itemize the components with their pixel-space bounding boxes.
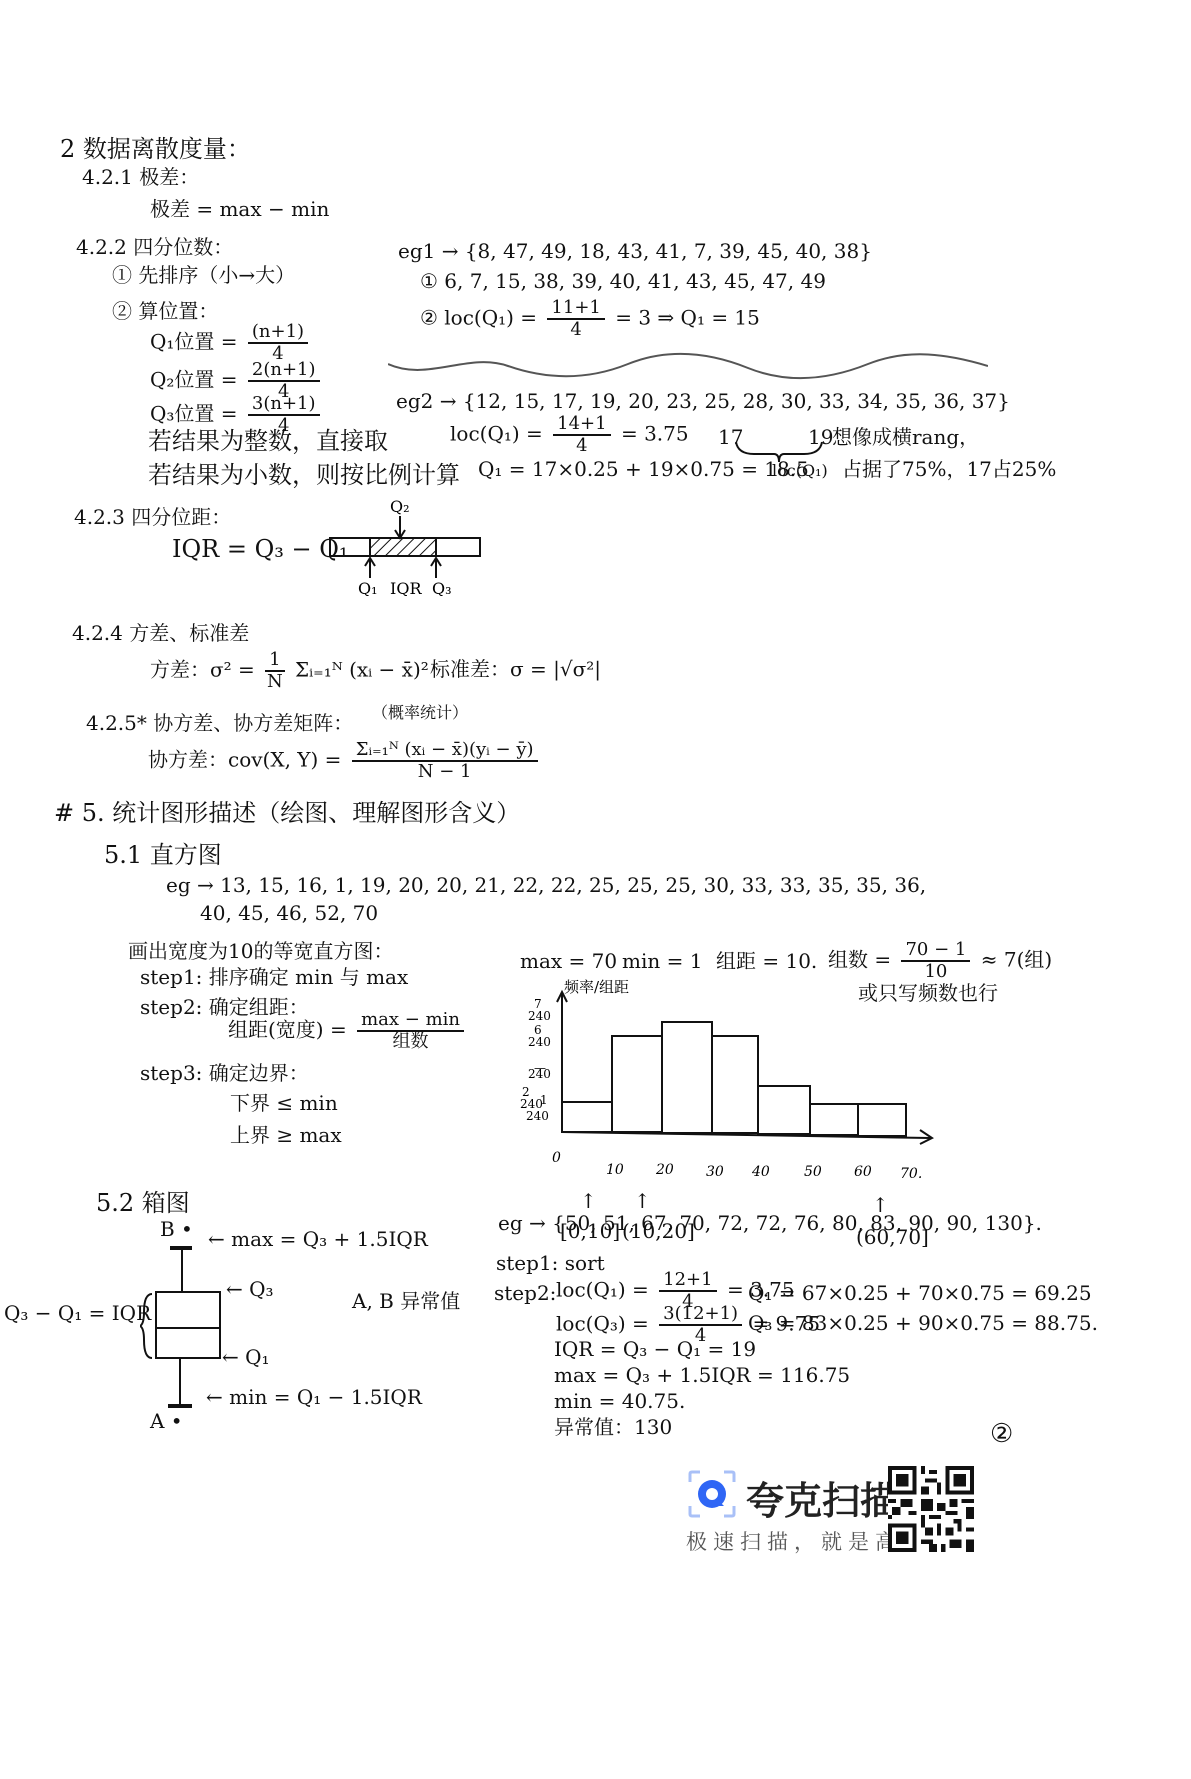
box-q1-label: ← Q₁ <box>222 1346 270 1369</box>
quark-logo-icon <box>686 1468 738 1520</box>
s421-formula: 极差 = max − min <box>150 198 329 221</box>
s422-step2: ② 算位置： <box>112 300 218 323</box>
numerator: 3(12+1) <box>659 1304 742 1326</box>
eg2-note1: 想像成横rang， <box>832 426 979 449</box>
eg2-loc-fraction: 14+14 <box>553 414 610 456</box>
s51-task: 画出宽度为10的等宽直方图： <box>128 940 393 963</box>
svg-text:40: 40 <box>751 1164 770 1180</box>
s51-lower-bound: 下界 ≤ min <box>230 1092 338 1115</box>
svg-text:10: 10 <box>606 1162 624 1178</box>
page-heading: 2 数据离散度量： <box>60 136 251 164</box>
denominator: N − 1 <box>418 762 472 782</box>
box-max-label: ← max = Q₃ + 1.5IQR <box>208 1228 428 1251</box>
s425-note: （概率统计） <box>372 704 468 722</box>
svg-text:30: 30 <box>706 1164 724 1180</box>
s51-step1: step1: 排序确定 min 与 max <box>140 966 408 989</box>
box-iqr-label: Q₃ − Q₁ = IQR <box>4 1302 151 1325</box>
s51-eg-line2: 40, 45, 46, 52, 70 <box>200 902 378 925</box>
min-calc: min = 40.75. <box>554 1390 685 1413</box>
box-outlier-note: A, B 异常值 <box>352 1290 460 1313</box>
svg-text:240: 240 <box>528 1067 551 1081</box>
box-outlier-b: B • <box>160 1218 193 1241</box>
q2-label: Q₂ <box>390 497 410 516</box>
s424-title: 4.2.4 方差、标准差 <box>72 622 249 645</box>
s51-eg-line1: eg → 13, 15, 16, 1, 19, 20, 20, 21, 22, … <box>166 874 926 897</box>
svg-text:240: 240 <box>526 1109 549 1123</box>
group-count-label: 组数 = <box>828 947 891 971</box>
denominator: 4 <box>570 320 581 340</box>
qr-code-icon <box>888 1466 974 1552</box>
outlier-calc: 异常值：130 <box>554 1416 672 1439</box>
hist-bin-width: 组距 = 10. <box>716 950 817 973</box>
iqr-label: IQR <box>390 579 422 596</box>
numerator: 2(n+1) <box>248 360 320 382</box>
box-outlier-a: A • <box>150 1410 183 1433</box>
s52-step2-label: step2: <box>494 1282 556 1305</box>
bar-20-30 <box>662 1022 712 1133</box>
eg2-loc-label: loc(Q₁) = <box>450 421 543 445</box>
loc-q1-label: loc(Q₁) = <box>556 1277 649 1301</box>
covariance-formula: 协方差：cov(X, Y) = Σᵢ₌₁ᴺ (xᵢ − x̄)(yᵢ − ȳ)N… <box>148 740 542 782</box>
box <box>156 1292 220 1358</box>
svg-text:20: 20 <box>655 1162 674 1178</box>
numerator: 3(n+1) <box>248 394 320 416</box>
svg-text:1: 1 <box>540 1093 548 1107</box>
eg1-line1: eg1 → {8, 47, 49, 18, 43, 41, 7, 39, 45,… <box>398 240 872 263</box>
note-decimal: 若结果为小数，则按比例计算 <box>148 462 460 490</box>
eg2-loc-result: = 3.75 <box>621 421 689 445</box>
q2-position-label: Q₂位置 = <box>150 367 238 391</box>
s51-step3: step3: 确定边界： <box>140 1062 309 1085</box>
bar-60-70 <box>858 1104 906 1136</box>
std-formula: 标准差：σ = |√σ²| <box>430 658 601 681</box>
numerator: 11+1 <box>547 298 604 320</box>
max-calc: max = Q₃ + 1.5IQR = 116.75 <box>554 1364 850 1387</box>
bar-0-10 <box>562 1102 612 1132</box>
denominator: N <box>267 672 283 692</box>
eg2-line1: eg2 → {12, 15, 17, 19, 20, 23, 25, 28, 3… <box>396 390 1010 413</box>
width-formula: 组距(宽度) = max − min组数 <box>228 1010 468 1052</box>
iqr-calc: IQR = Q₃ − Q₁ = 19 <box>554 1338 756 1361</box>
interval-arrow-a: ↑ <box>580 1190 597 1213</box>
interval-arrow-b: ↑ <box>634 1190 651 1213</box>
y-tick-labels: 7240 6240 —240 2240 1240 <box>520 997 551 1123</box>
wavy-divider <box>388 352 988 382</box>
numerator: 12+1 <box>659 1270 716 1292</box>
numerator: Σᵢ₌₁ᴺ (xᵢ − x̄)(yᵢ − ȳ) <box>352 740 538 762</box>
variance-formula: 方差：σ² = 1N Σᵢ₌₁ᴺ (xᵢ − x̄)² <box>150 650 429 692</box>
s51-upper-bound: 上界 ≥ max <box>230 1124 342 1147</box>
group-count-result: ≈ 7(组) <box>981 947 1052 971</box>
iqr-diagram: Q₂ Q₁ IQR Q₃ <box>320 496 490 596</box>
histogram-bars <box>562 1022 906 1136</box>
eg2-brace-right: 19 <box>808 426 833 449</box>
eg2-note2: 占据了75%，17占25% <box>842 458 1056 481</box>
x-tick-labels: 0 10 20 30 40 50 60 70. <box>552 1150 922 1182</box>
page-number: ② <box>990 1420 1013 1450</box>
bar-10-20 <box>612 1036 662 1132</box>
s51-title: 5.1 直方图 <box>104 842 222 870</box>
eg1-line2: ① 6, 7, 15, 38, 39, 40, 41, 43, 45, 47, … <box>420 270 826 293</box>
bar-30-40 <box>712 1036 758 1133</box>
hist-min: min = 1 <box>622 950 702 973</box>
s422-title: 4.2.2 四分位数： <box>76 236 233 259</box>
s422-step1: ① 先排序（小→大） <box>112 264 295 287</box>
numerator: (n+1) <box>248 322 308 344</box>
q3-label: Q₃ <box>432 579 452 596</box>
variance-fraction: 1N <box>265 650 284 692</box>
variance-sum: Σᵢ₌₁ᴺ (xᵢ − x̄)² <box>295 657 429 681</box>
eg1-loc-fraction: 11+14 <box>547 298 604 340</box>
q1-label: Q₁ <box>358 579 378 596</box>
s421-title: 4.2.1 极差： <box>82 166 199 189</box>
svg-text:240: 240 <box>528 1009 551 1023</box>
svg-text:0: 0 <box>552 1150 561 1166</box>
denominator: 组数 <box>393 1032 429 1052</box>
s425-title: 4.2.5* 协方差、协方差矩阵： <box>86 712 353 735</box>
numerator: 1 <box>265 650 284 672</box>
svg-text:240: 240 <box>528 1035 551 1049</box>
denominator: 4 <box>576 436 587 456</box>
histogram-chart: 频率/组距 7240 6240 —240 2240 1240 0 10 20 3… <box>520 974 940 1214</box>
s5-title: # 5. 统计图形描述（绘图、理解图形含义） <box>54 800 520 828</box>
q1-position-fraction: (n+1)4 <box>248 322 308 364</box>
numerator: 70 − 1 <box>901 940 970 962</box>
box-min-label: ← min = Q₁ − 1.5IQR <box>206 1386 422 1409</box>
note-integer: 若结果为整数，直接取 <box>148 428 388 456</box>
numerator: max − min <box>357 1010 464 1032</box>
eg1-loc-result: = 3 ⇒ Q₁ = 15 <box>615 305 760 329</box>
eg1-line3: ② loc(Q₁) = 11+14 = 3 ⇒ Q₁ = 15 <box>420 298 760 340</box>
eg1-loc-label: ② loc(Q₁) = <box>420 305 537 329</box>
numerator: 14+1 <box>553 414 610 436</box>
variance-label: 方差：σ² = <box>150 657 255 681</box>
q3-calc: Q₃ = 83×0.25 + 90×0.75 = 88.75. <box>748 1312 1098 1335</box>
y-axis-label: 频率/组距 <box>564 978 629 996</box>
q3-position-label: Q₃位置 = <box>150 401 238 425</box>
svg-text:60: 60 <box>854 1164 872 1180</box>
q1-position-formula: Q₁位置 = (n+1)4 <box>150 322 312 364</box>
covariance-label: 协方差：cov(X, Y) = <box>148 747 341 771</box>
hist-max: max = 70 <box>520 950 617 973</box>
box-q3-label: ← Q₃ <box>226 1278 274 1301</box>
svg-text:70.: 70. <box>900 1166 922 1182</box>
width-fraction: max − min组数 <box>357 1010 464 1052</box>
s52-eg: eg → {50, 51, 67, 70, 72, 72, 76, 80, 83… <box>498 1212 1042 1235</box>
svg-text:50: 50 <box>804 1164 822 1180</box>
covariance-fraction: Σᵢ₌₁ᴺ (xᵢ − x̄)(yᵢ − ȳ)N − 1 <box>352 740 538 782</box>
s423-title: 4.2.3 四分位距： <box>74 506 231 529</box>
width-label: 组距(宽度) = <box>228 1017 347 1041</box>
bar-40-50 <box>758 1086 810 1134</box>
eg2-loc: loc(Q₁) = 14+14 = 3.75 <box>450 414 689 456</box>
s52-title: 5.2 箱图 <box>96 1190 190 1218</box>
q1-calc: Q₁ = 67×0.25 + 70×0.75 = 69.25 <box>748 1282 1092 1305</box>
loc-q3-label: loc(Q₃) = <box>556 1311 649 1335</box>
q1-position-label: Q₁位置 = <box>150 329 238 353</box>
bar-50-60 <box>810 1104 858 1135</box>
eg2-brace-label: loc(Q₁) <box>772 462 828 480</box>
